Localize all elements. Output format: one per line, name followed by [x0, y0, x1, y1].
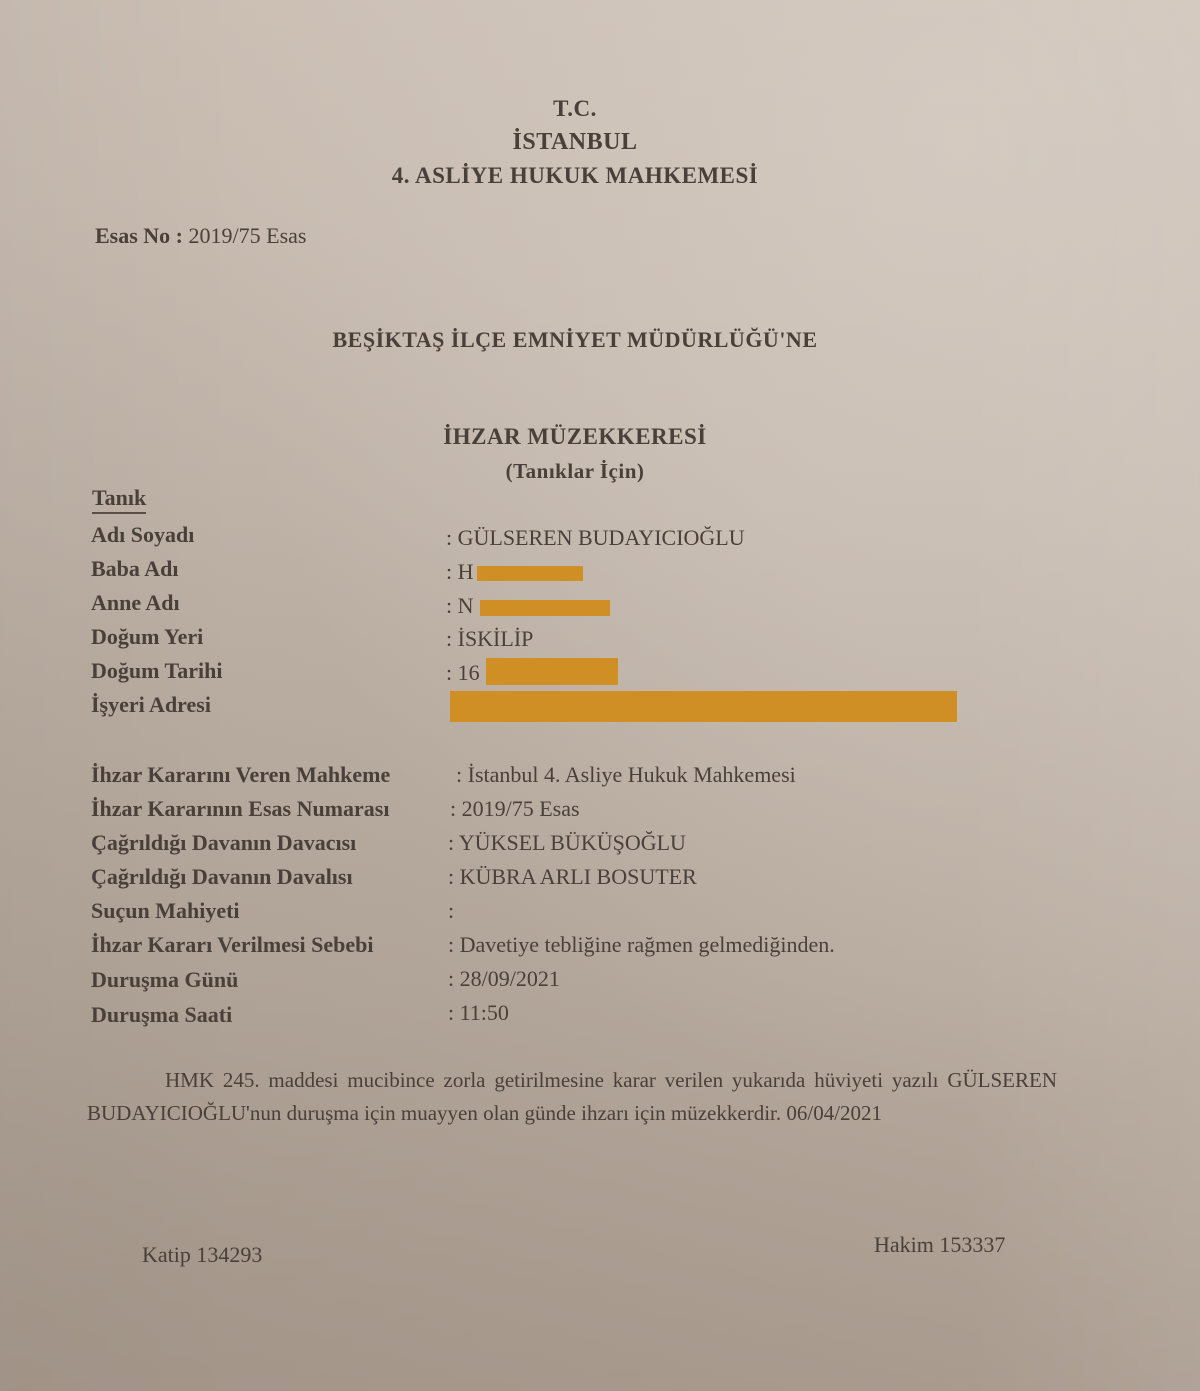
birthplace-value: : İSKİLİP [446, 626, 533, 652]
redaction-bar [477, 566, 583, 581]
birthplace-label: Doğum Yeri [91, 624, 203, 650]
plaintiff-value: : YÜKSEL BÜKÜŞOĞLU [448, 830, 686, 856]
document-page: T.C. İSTANBUL 4. ASLİYE HUKUK MAHKEMESİ … [0, 0, 1200, 1391]
body-text: HMK 245. maddesi mucibince zorla getiril… [87, 1068, 1057, 1125]
offense-nature-value: : [448, 898, 454, 924]
work-address-label: İşyeri Adresi [91, 692, 211, 718]
case-number-label: İhzar Kararının Esas Numarası [91, 796, 389, 822]
header-city: İSTANBUL [0, 129, 1150, 156]
addressee: BEŞİKTAŞ İLÇE EMNİYET MÜDÜRLÜĞÜ'NE [0, 327, 1150, 353]
hearing-time-label: Duruşma Saati [91, 1002, 232, 1028]
redaction-bar [480, 600, 610, 616]
esas-value: 2019/75 Esas [189, 223, 307, 248]
defendant-label: Çağrıldığı Davanın Davalısı [91, 864, 353, 890]
defendant-value: : KÜBRA ARLI BOSUTER [448, 864, 697, 890]
father-name-label: Baba Adı [91, 556, 178, 582]
plaintiff-label: Çağrıldığı Davanın Davacısı [91, 830, 356, 856]
document-title: İHZAR MÜZEKKERESİ [0, 424, 1150, 450]
esas-number: Esas No : 2019/75 Esas [95, 223, 306, 249]
birthdate-label: Doğum Tarihi [91, 658, 222, 684]
redaction-bar [486, 658, 618, 685]
judge-signature: Hakim 153337 [874, 1232, 1005, 1258]
reason-value: : Davetiye tebliğine rağmen gelmediğinde… [448, 932, 835, 958]
case-number-value: : 2019/75 Esas [450, 796, 580, 822]
document-subtitle: (Tanıklar İçin) [0, 459, 1150, 484]
witness-heading: Tanık [92, 485, 146, 514]
issuing-court-value: : İstanbul 4. Asliye Hukuk Mahkemesi [456, 762, 796, 788]
clerk-signature: Katip 134293 [142, 1242, 262, 1268]
witness-name-value: : GÜLSEREN BUDAYICIOĞLU [446, 525, 745, 551]
birthdate-value: : 16 [446, 660, 480, 686]
offense-nature-label: Suçun Mahiyeti [91, 898, 240, 924]
witness-name-label: Adı Soyadı [91, 522, 194, 548]
body-paragraph: HMK 245. maddesi mucibince zorla getiril… [87, 1064, 1057, 1130]
esas-label: Esas No : [95, 223, 183, 248]
hearing-time-value: : 11:50 [448, 1000, 509, 1026]
reason-label: İhzar Kararı Verilmesi Sebebi [91, 932, 374, 958]
mother-name-value: : N [446, 593, 474, 619]
issuing-court-label: İhzar Kararını Veren Mahkeme [91, 762, 390, 788]
header-court: 4. ASLİYE HUKUK MAHKEMESİ [0, 163, 1150, 189]
hearing-date-value: : 28/09/2021 [448, 966, 560, 992]
mother-name-label: Anne Adı [91, 590, 180, 616]
header-tc: T.C. [0, 96, 1150, 122]
redaction-bar [450, 691, 957, 722]
father-name-value: : H [446, 559, 474, 585]
hearing-date-label: Duruşma Günü [91, 967, 238, 993]
